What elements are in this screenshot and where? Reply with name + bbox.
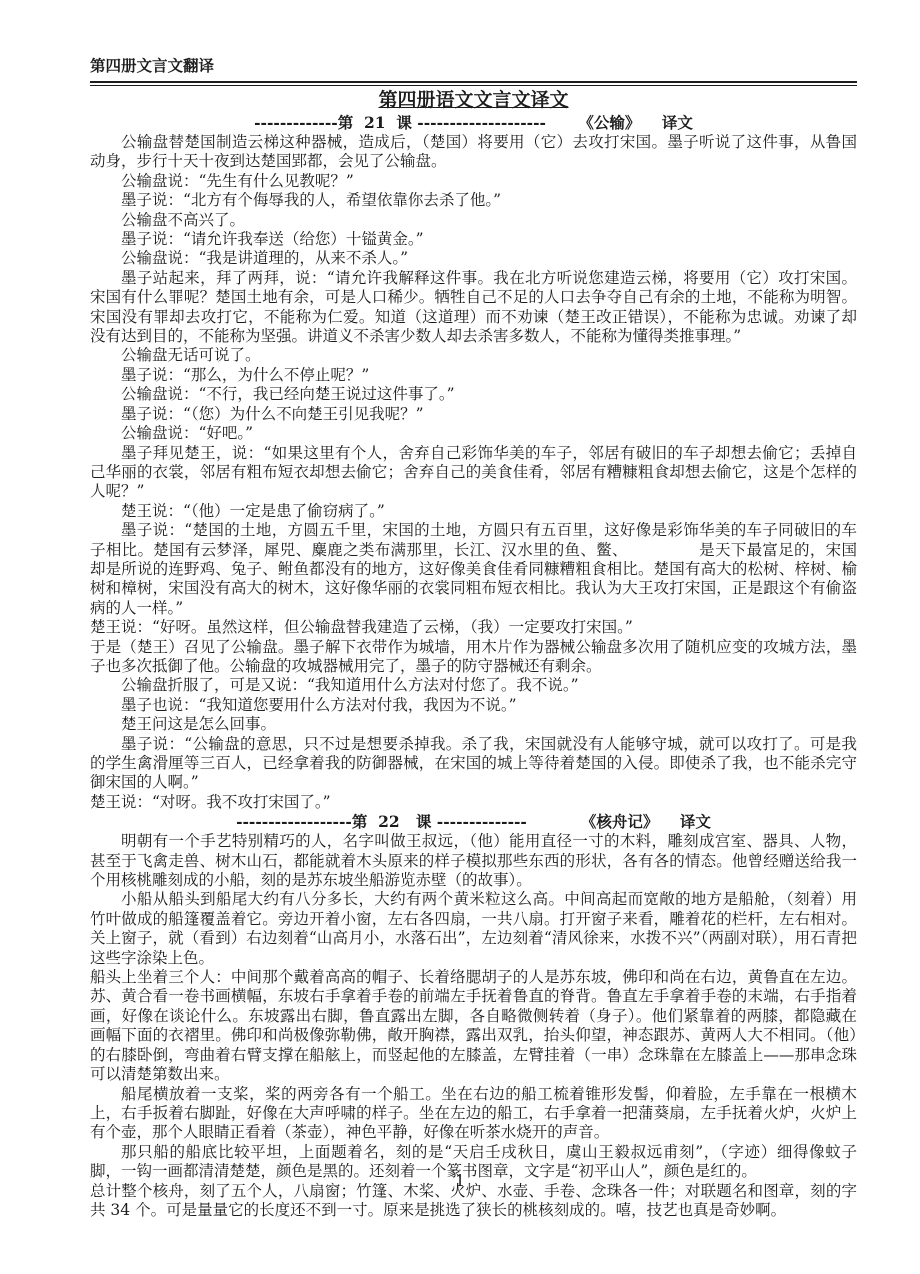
paragraph: 船头上坐着三个人：中间那个戴着高高的帽子、长着络腮胡子的人是苏东坡，佛印和尚在右… — [90, 968, 857, 1084]
paragraph: 小船从船头到船尾大约有八分多长，大约有两个黄米粒这么高。中间高起而宽敞的地方是船… — [90, 890, 857, 968]
paragraph: 墨子说：“请允许我奉送（给您）十镒黄金。” — [90, 230, 857, 249]
paragraph: 墨子说：“楚国的土地，方圆五千里，宋国的土地，方圆只有五百里，这好像是彩饰华美的… — [90, 521, 857, 618]
paragraph: 楚王问这是怎么回事。 — [90, 715, 857, 734]
paragraph: 墨子站起来，拜了两拜，说：“请允许我解释这件事。我在北方听说您建造云梯，将要用（… — [90, 269, 857, 347]
paragraph: 公输盘无话可说了。 — [90, 346, 857, 365]
paragraph: 墨子说：“北方有个侮辱我的人，希望依靠你去杀了他。” — [90, 191, 857, 210]
header-rule-divider — [90, 81, 857, 86]
paragraph: 公输盘替楚国制造云梯这种器械，造成后，（楚国）将要用（它）去攻打宋国。墨子听说了… — [90, 133, 857, 172]
paragraph: 墨子拜见楚王，说：“如果这里有个人，舍弃自己彩饰华美的车子，邻居有破旧的车子却想… — [90, 444, 857, 502]
running-header-title: 第四册文言文翻译 — [90, 56, 857, 76]
paragraph: 楚王说：“好呀。虽然这样，但公输盘替我建造了云梯，（我）一定要攻打宋国。” — [90, 618, 857, 637]
lesson-21-heading: -------------第 21 课 --------------------… — [90, 113, 857, 133]
paragraph: 墨子也说：“我知道您要用什么方法对付我，我因为不说。” — [90, 696, 857, 715]
paragraph: 墨子说：“那么，为什么不停止呢？” — [90, 366, 857, 385]
running-header: 第四册文言文翻译 — [90, 56, 857, 86]
paragraph: 墨子说：“公输盘的意思，只不过是想要杀掉我。杀了我，宋国就没有人能够守城，就可以… — [90, 735, 857, 793]
paragraph: 公输盘说：“我是讲道理的，从来不杀人。” — [90, 249, 857, 268]
paragraph: 于是（楚王）召见了公输盘。墨子解下衣带作为城墙，用木片作为器械公输盘多次用了随机… — [90, 638, 857, 677]
lesson-21-section: -------------第 21 课 --------------------… — [90, 113, 857, 812]
paragraph: 公输盘说：“好吧。” — [90, 424, 857, 443]
paragraph: 楚王说：“（他）一定是患了偷窃病了。” — [90, 502, 857, 521]
paragraph: 公输盘说：“不行，我已经向楚王说过这件事了。” — [90, 385, 857, 404]
paragraph: 墨子说：“（您）为什么不向楚王引见我呢？” — [90, 405, 857, 424]
paragraph: 公输盘不高兴了。 — [90, 211, 857, 230]
document-title: 第四册语文文言文译文 — [90, 88, 857, 113]
paragraph: 公输盘折服了，可是又说：“我知道用什么方法对付您了。我不说。” — [90, 676, 857, 695]
lesson-22-heading: ------------------第 22 课 -------------- … — [90, 812, 857, 832]
paragraph: 公输盘说：“先生有什么见教呢？” — [90, 172, 857, 191]
paragraph: 楚王说：“对呀。我不攻打宋国了。” — [90, 793, 857, 812]
page-number: 1 — [0, 1172, 920, 1191]
lesson-22-section: ------------------第 22 课 -------------- … — [90, 812, 857, 1220]
paragraph: 明朝有一个手艺特别精巧的人，名字叫做王叔远，（他）能用直径一寸的木料，雕刻成宫室… — [90, 832, 857, 890]
paragraph: 船尾横放着一支桨，桨的两旁各有一个船工。坐在右边的船工梳着锥形发髻，仰着脸，左手… — [90, 1085, 857, 1143]
document-page: 第四册文言文翻译 第四册语文文言文译文 -------------第 21 课 … — [0, 0, 920, 1274]
